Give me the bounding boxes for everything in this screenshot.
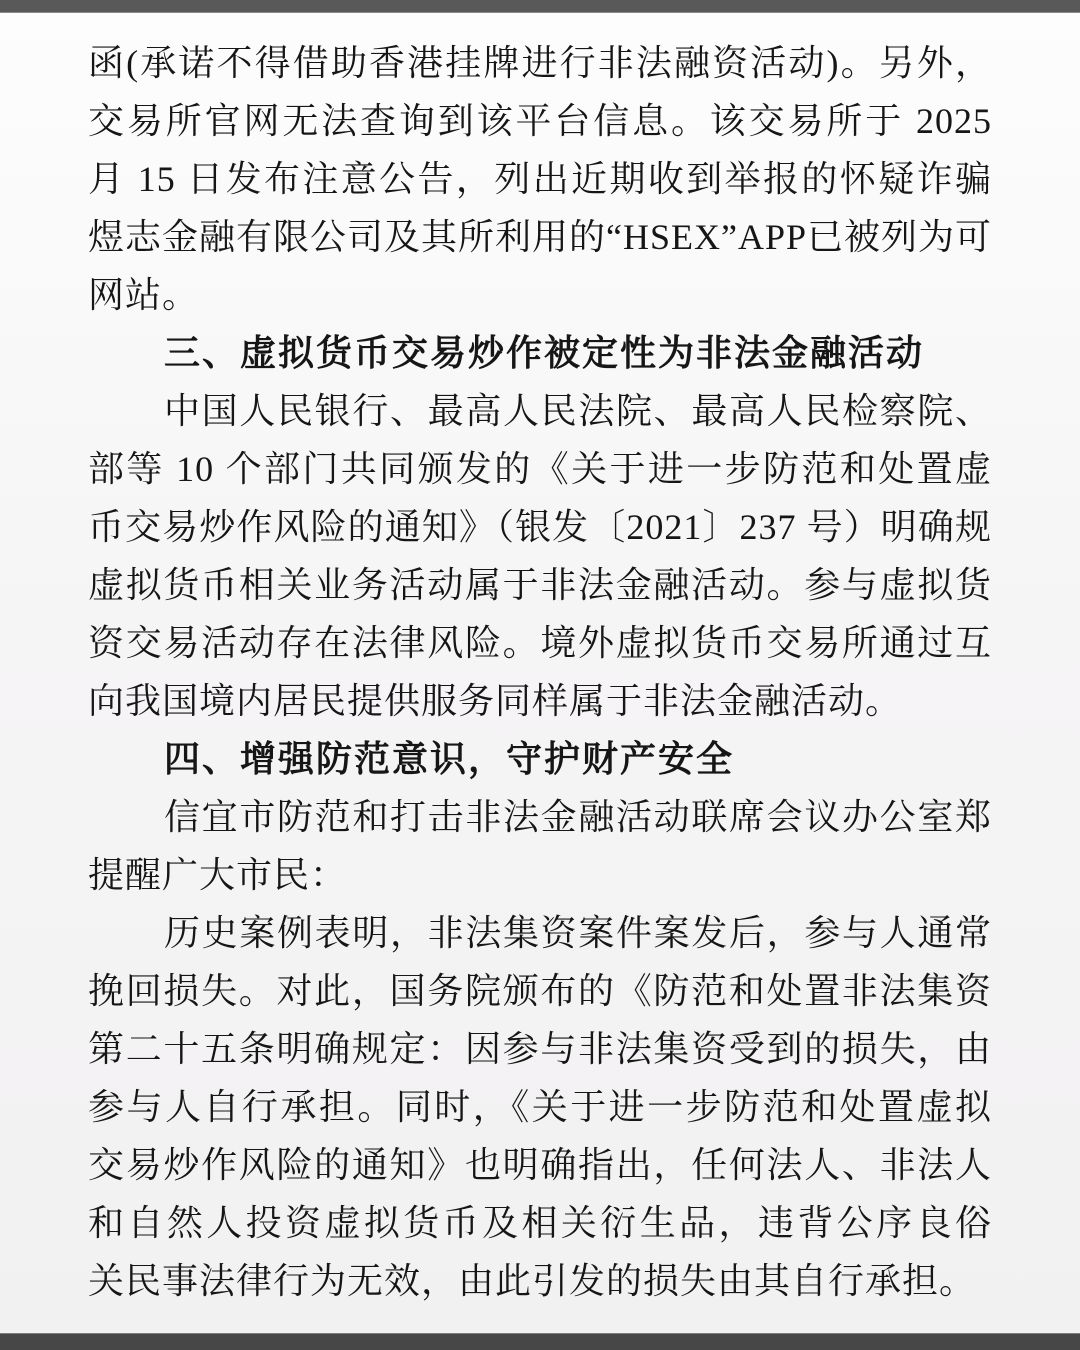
text-line: 向我国境内居民提供服务同样属于非法金融活动。 xyxy=(88,672,992,730)
text-line: 虚拟货币相关业务活动属于非法金融活动。参与虚拟货币投 xyxy=(88,556,992,614)
text-line: 交易所官网无法查询到该平台信息。该交易所于 2025 年 10 xyxy=(88,92,992,150)
text-line: 参与人自行承担。同时，《关于进一步防范和处置虚拟货币 xyxy=(88,1078,992,1136)
text-line: 第二十五条明确规定：因参与非法集资受到的损失，由集资 xyxy=(88,1020,992,1078)
window-bottom-bar xyxy=(0,1333,1080,1350)
text-line: 币交易炒作风险的通知》（银发〔2021〕237 号）明确规定： xyxy=(88,498,992,556)
text-line: 挽回损失。对此，国务院颁布的《防范和处置非法集资条例》 xyxy=(88,962,992,1020)
document-body: 函(承诺不得借助香港挂牌进行非法融资活动)。另外，香港交易所官网无法查询到该平台… xyxy=(88,34,992,1310)
text-line: 中国人民银行、最高人民法院、最高人民检察院、公安 xyxy=(88,382,992,440)
text-line: 月 15 日发布注意公告，列出近期收到举报的怀疑诈骗个案， xyxy=(88,150,992,208)
text-line: 交易炒作风险的通知》也明确指出，任何法人、非法人组织 xyxy=(88,1136,992,1194)
text-line: 信宜市防范和打击非法金融活动联席会议办公室郑重 xyxy=(88,788,992,846)
section-heading: 四、增强防范意识，守护财产安全 xyxy=(88,730,992,788)
text-line: 网站。 xyxy=(88,266,992,324)
text-line: 煜志金融有限公司及其所利用的“HSEX”APP已被列为可疑 xyxy=(88,208,992,266)
text-line: 部等 10 个部门共同颁发的《关于进一步防范和处置虚拟货 xyxy=(88,440,992,498)
screenshot-root: 函(承诺不得借助香港挂牌进行非法融资活动)。另外，香港交易所官网无法查询到该平台… xyxy=(0,0,1080,1350)
window-top-bar xyxy=(0,0,1080,13)
section-heading: 三、虚拟货币交易炒作被定性为非法金融活动 xyxy=(88,324,992,382)
text-line: 和自然人投资虚拟货币及相关衍生品，违背公序良俗的，相 xyxy=(88,1194,992,1252)
text-line: 提醒广大市民： xyxy=(88,846,992,904)
text-line: 历史案例表明，非法集资案件案发后，参与人通常极难 xyxy=(88,904,992,962)
text-line: 函(承诺不得借助香港挂牌进行非法融资活动)。另外，香港 xyxy=(88,34,992,92)
text-line: 资交易活动存在法律风险。境外虚拟货币交易所通过互联网 xyxy=(88,614,992,672)
text-line: 关民事法律行为无效，由此引发的损失由其自行承担。 xyxy=(88,1252,992,1310)
